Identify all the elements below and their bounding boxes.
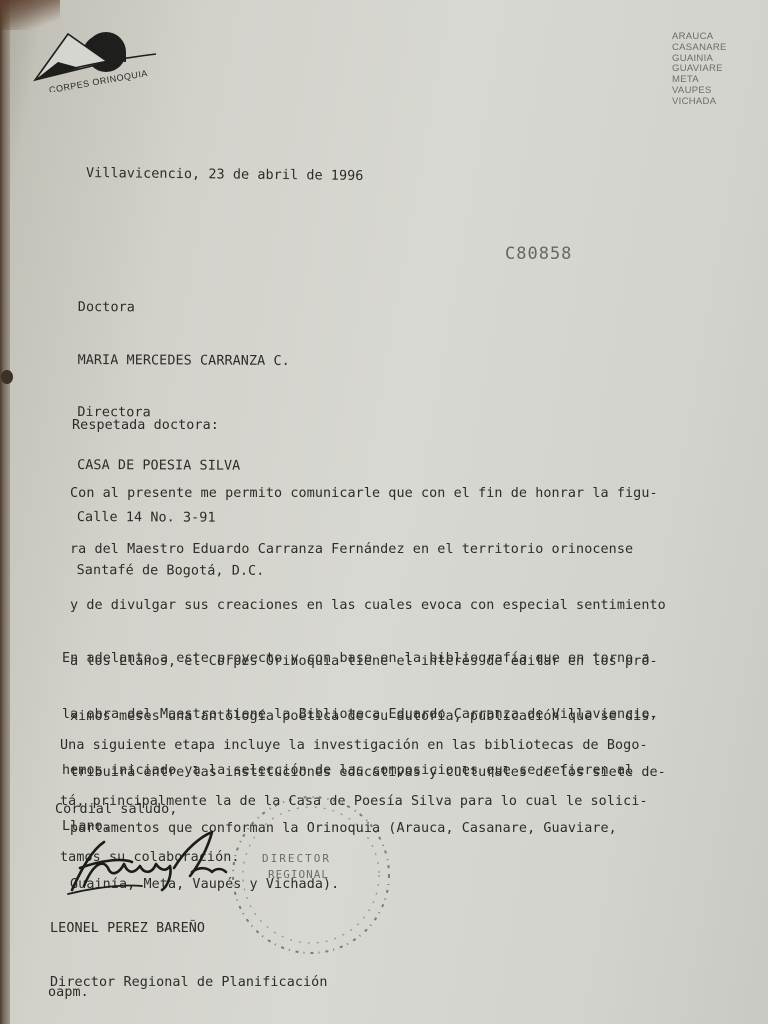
binding-edge xyxy=(0,0,10,1024)
signer-title: Director Regional de Planificación xyxy=(50,974,328,992)
text-line: ra del Maestro Eduardo Carranza Fernánde… xyxy=(70,541,666,560)
letter-page: CORPES ORINOQUIA ARAUCA CASANARE GUAINIA… xyxy=(0,0,768,1024)
salutation: Respetada doctora: xyxy=(72,418,219,433)
closing: Cordial saludo, xyxy=(55,802,177,817)
signer-block: LEONEL PEREZ BAREÑO Director Regional de… xyxy=(50,884,328,1024)
department-item: CASANARE xyxy=(672,43,727,54)
binder-ring-hole xyxy=(1,370,13,384)
mountain-sun-logo-icon: CORPES ORINOQUIA xyxy=(30,22,160,92)
typist-initials: oapm. xyxy=(48,985,89,1000)
signer-name: LEONEL PEREZ BAREÑO xyxy=(50,920,328,938)
address-line: Doctora xyxy=(78,299,290,317)
corpes-orinoquia-logo: CORPES ORINOQUIA xyxy=(30,22,160,92)
department-list: ARAUCA CASANARE GUAINIA GUAVIARE META VA… xyxy=(672,32,727,108)
address-line: MARIA MERCEDES CARRANZA C. xyxy=(78,351,290,369)
department-item: VICHADA xyxy=(672,97,727,108)
text-line: En adelanto a este proyecto y con base e… xyxy=(62,650,658,669)
date-line: Villavicencio, 23 de abril de 1996 xyxy=(86,166,364,184)
text-line: Con al presente me permito comunicarle q… xyxy=(70,485,666,504)
text-line: Una siguiente etapa incluye la investiga… xyxy=(60,737,648,756)
seal-text-line2: REGIONAL xyxy=(268,868,329,881)
reference-number-stamp: C80858 xyxy=(505,244,572,264)
seal-text-line1: DIRECTOR xyxy=(262,852,331,865)
